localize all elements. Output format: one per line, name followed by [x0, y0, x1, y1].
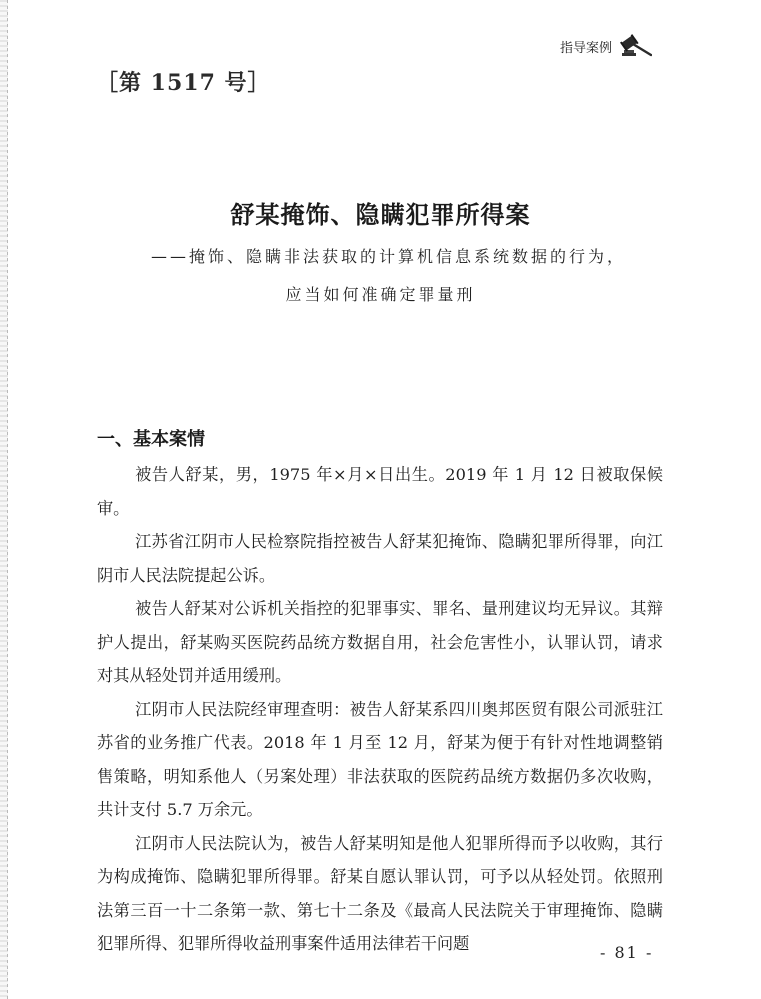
running-header: 指导案例	[560, 34, 652, 58]
paragraph: 江阴市人民法院经审理查明：被告人舒某系四川奥邦医贸有限公司派驻江苏省的业务推广代…	[97, 693, 663, 827]
case-title: 舒某掩饰、隐瞒犯罪所得案	[0, 195, 761, 230]
case-subtitle-line1: ——掩饰、隐瞒非法获取的计算机信息系统数据的行为，	[8, 244, 761, 267]
section-heading: 一、基本案情	[97, 425, 205, 451]
scan-edge-line	[7, 0, 8, 999]
section-label: 指导案例	[560, 37, 612, 56]
gavel-icon	[618, 34, 652, 58]
page-number: - 81 -	[600, 943, 653, 962]
body-text: 被告人舒某，男，1975 年×月×日出生。2019 年 1 月 12 日被取保候…	[97, 458, 663, 961]
paragraph: 被告人舒某，男，1975 年×月×日出生。2019 年 1 月 12 日被取保候…	[97, 458, 663, 525]
paragraph: 被告人舒某对公诉机关指控的犯罪事实、罪名、量刑建议均无异议。其辩护人提出，舒某购…	[97, 592, 663, 693]
paragraph: 江苏省江阴市人民检察院指控被告人舒某犯掩饰、隐瞒犯罪所得罪，向江阴市人民法院提起…	[97, 525, 663, 592]
case-subtitle-line2: 应当如何准确定罪量刑	[0, 282, 761, 305]
case-number: ［第 1517 号］	[96, 66, 271, 97]
paragraph: 江阴市人民法院认为，被告人舒某明知是他人犯罪所得而予以收购，其行为构成掩饰、隐瞒…	[97, 827, 663, 961]
